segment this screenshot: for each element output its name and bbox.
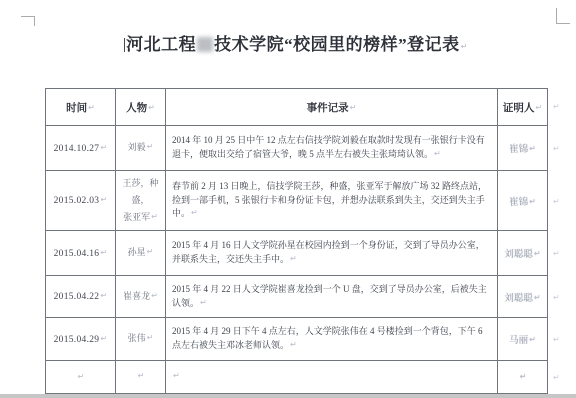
end-of-row-mark: ↵ — [548, 318, 574, 361]
header-label: 时间 — [66, 103, 87, 114]
cell-person-text: 孙星 — [128, 247, 146, 257]
paragraph-mark: ↵ — [88, 103, 95, 112]
paragraph-mark: ↵ — [100, 248, 107, 257]
paragraph-mark: ↵ — [290, 340, 297, 349]
cell-time: 2014.10.27↵ — [46, 126, 116, 171]
cell-person-text: 崔喜龙 — [123, 291, 150, 301]
cell-witness: 刘聪聪↵ — [498, 276, 548, 318]
cell-person: 崔喜龙↵ — [116, 276, 166, 318]
cell-witness: 崔锦↵ — [498, 126, 548, 171]
paragraph-mark: ↵ — [147, 142, 154, 151]
paragraph-mark: ↵ — [553, 102, 560, 111]
text-cursor — [124, 38, 125, 52]
paragraph-mark: ↵ — [100, 143, 107, 152]
registry-table: 时间↵ 人物↵ 事件记录↵ 证明人↵ ↵ 2014.10.27↵刘毅↵2014 … — [45, 88, 574, 394]
paragraph-mark: ↵ — [553, 249, 560, 258]
title-prefix: 河北工程 — [126, 35, 196, 54]
table-row: ↵↵↵↵↵ — [46, 361, 574, 394]
paragraph-mark: ↵ — [434, 149, 441, 158]
cell-time: 2015.04.22↵ — [46, 276, 116, 318]
paragraph-mark: ↵ — [147, 333, 154, 342]
cell-witness: 崔锦↵ — [498, 171, 548, 231]
paragraph-mark: ↵ — [350, 103, 357, 112]
end-of-row-mark: ↵ — [548, 89, 574, 126]
cell-witness: 刘聪聪↵ — [498, 231, 548, 276]
cell-time-text: 2015.04.29 — [54, 335, 100, 345]
paragraph-mark: ↵ — [191, 208, 198, 217]
paragraph-mark: ↵ — [553, 197, 560, 206]
cell-person: 刘毅↵ — [116, 126, 166, 171]
paragraph-mark: ↵ — [100, 195, 107, 204]
paragraph-mark: ↵ — [138, 371, 145, 380]
header-row: 时间↵ 人物↵ 事件记录↵ 证明人↵ ↵ — [46, 89, 574, 126]
cell-time-text: 2015.04.22 — [54, 292, 100, 302]
table-row: 2015.04.22↵崔喜龙↵2015 年 4 月 22 日人文学院崔喜龙捡到一… — [46, 276, 574, 318]
table-row: 2015.04.16↵孙星↵2015 年 4 月 16 日人文学院孙星在校园内捡… — [46, 231, 574, 276]
cell-person: 王莎，种盛， 张亚军↵ — [116, 171, 166, 231]
paragraph-mark: ↵ — [290, 254, 297, 263]
end-of-row-mark: ↵ — [548, 276, 574, 318]
cell-witness-text: 崔锦 — [509, 145, 528, 155]
paragraph-mark: ↵ — [534, 249, 541, 258]
paragraph-mark: ↵ — [147, 247, 154, 256]
margin-corner-mark-top-right — [556, 8, 570, 24]
cell-time-text: 2015.02.03 — [54, 196, 100, 206]
document-title: 河北工程技术学院“校园里的榜样”登记表↵ — [45, 30, 547, 55]
paragraph-mark: ↵ — [553, 144, 560, 153]
paragraph-mark: ↵ — [173, 371, 180, 380]
paragraph-mark: ↵ — [461, 42, 468, 51]
table-row: 2015.04.29↵张伟↵2015 年 4 月 29 日下午 4 点左右，人文… — [46, 318, 574, 361]
paragraph-mark: ↵ — [529, 144, 536, 153]
paragraph-mark: ↵ — [553, 293, 560, 302]
paragraph-mark: ↵ — [151, 291, 158, 300]
paragraph-mark: ↵ — [520, 372, 527, 381]
end-of-row-mark: ↵ — [548, 171, 574, 231]
title-suffix: 技术学院“校园里的榜样”登记表 — [214, 35, 460, 54]
paragraph-mark: ↵ — [100, 291, 107, 300]
cell-time-text: 2015.04.16 — [54, 249, 100, 259]
cell-person: 张伟↵ — [116, 318, 166, 361]
cell-witness: ↵ — [498, 361, 548, 394]
paragraph-mark: ↵ — [553, 373, 560, 382]
cell-person: ↵ — [116, 361, 166, 394]
cell-time: 2015.04.16↵ — [46, 231, 116, 276]
cell-event: 2014 年 10 月 25 日中午 12 点左右信技学院刘毅在取款时发现有一张… — [166, 126, 498, 171]
cell-person-text: 刘毅 — [128, 142, 146, 152]
paragraph-mark: ↵ — [534, 293, 541, 302]
cell-person-text: 张伟 — [128, 333, 146, 343]
end-of-row-mark: ↵ — [548, 231, 574, 276]
col-header-time: 时间↵ — [46, 89, 116, 126]
cell-witness: 马丽↵ — [498, 318, 548, 361]
header-label: 事件记录 — [307, 103, 349, 114]
end-of-row-mark: ↵ — [548, 361, 574, 394]
table-row: 2015.02.03↵王莎，种盛， 张亚军↵春节前 2 月 13 日晚上，信技学… — [46, 171, 574, 231]
document-page: 河北工程技术学院“校园里的榜样”登记表↵ 时间↵ 人物↵ 事件记录↵ 证明人↵ … — [0, 0, 576, 398]
cell-event-text: 2015 年 4 月 29 日下午 4 点左右，人文学院张伟在 4 号楼捡到一个… — [172, 326, 483, 350]
paragraph-mark: ↵ — [151, 212, 158, 221]
page-bottom-edge — [0, 394, 576, 398]
margin-corner-mark-top-left — [21, 16, 35, 26]
cell-event-text: 2015 年 4 月 16 日人文学院孙星在校园内捡到一个身份证，交到了导员办公… — [172, 240, 485, 264]
paragraph-mark: ↵ — [77, 372, 84, 381]
cell-witness-text: 崔锦 — [509, 198, 528, 208]
paragraph-mark: ↵ — [529, 335, 536, 344]
cell-witness-text: 刘聪聪 — [504, 250, 533, 260]
table-row: 2014.10.27↵刘毅↵2014 年 10 月 25 日中午 12 点左右信… — [46, 126, 574, 171]
end-of-row-mark: ↵ — [548, 126, 574, 171]
cell-event: 2015 年 4 月 16 日人文学院孙星在校园内捡到一个身份证，交到了导员办公… — [166, 231, 498, 276]
paragraph-mark: ↵ — [148, 103, 155, 112]
paragraph-mark: ↵ — [100, 334, 107, 343]
cell-event: ↵ — [166, 361, 498, 394]
cell-witness-text: 刘聪聪 — [504, 294, 533, 304]
cell-time: 2015.02.03↵ — [46, 171, 116, 231]
col-header-person: 人物↵ — [116, 89, 166, 126]
cell-event: 春节前 2 月 13 日晚上，信技学院王莎，种盛，张亚军于解放广场 32 路终点… — [166, 171, 498, 231]
paragraph-mark: ↵ — [553, 335, 560, 344]
paragraph-mark: ↵ — [535, 103, 542, 112]
header-label: 证明人 — [503, 103, 535, 114]
cell-time: ↵ — [46, 361, 116, 394]
redacted-text — [197, 37, 213, 52]
cell-event: 2015 年 4 月 22 日人文学院崔喜龙捡到一个 U 盘，交到了导员办公室，… — [166, 276, 498, 318]
cell-witness-text: 马丽 — [509, 336, 528, 346]
col-header-witness: 证明人↵ — [498, 89, 548, 126]
paragraph-mark: ↵ — [200, 298, 207, 307]
cell-time-text: 2014.10.27 — [54, 144, 100, 154]
header-label: 人物 — [126, 103, 147, 114]
cell-event-text: 春节前 2 月 13 日晚上，信技学院王莎，种盛，张亚军于解放广场 32 路终点… — [172, 181, 487, 219]
cell-time: 2015.04.29↵ — [46, 318, 116, 361]
cell-event-text: 2015 年 4 月 22 日人文学院崔喜龙捡到一个 U 盘，交到了导员办公室，… — [172, 284, 487, 308]
col-header-event: 事件记录↵ — [166, 89, 498, 126]
cell-event: 2015 年 4 月 29 日下午 4 点左右，人文学院张伟在 4 号楼捡到一个… — [166, 318, 498, 361]
cell-person: 孙星↵ — [116, 231, 166, 276]
paragraph-mark: ↵ — [529, 197, 536, 206]
